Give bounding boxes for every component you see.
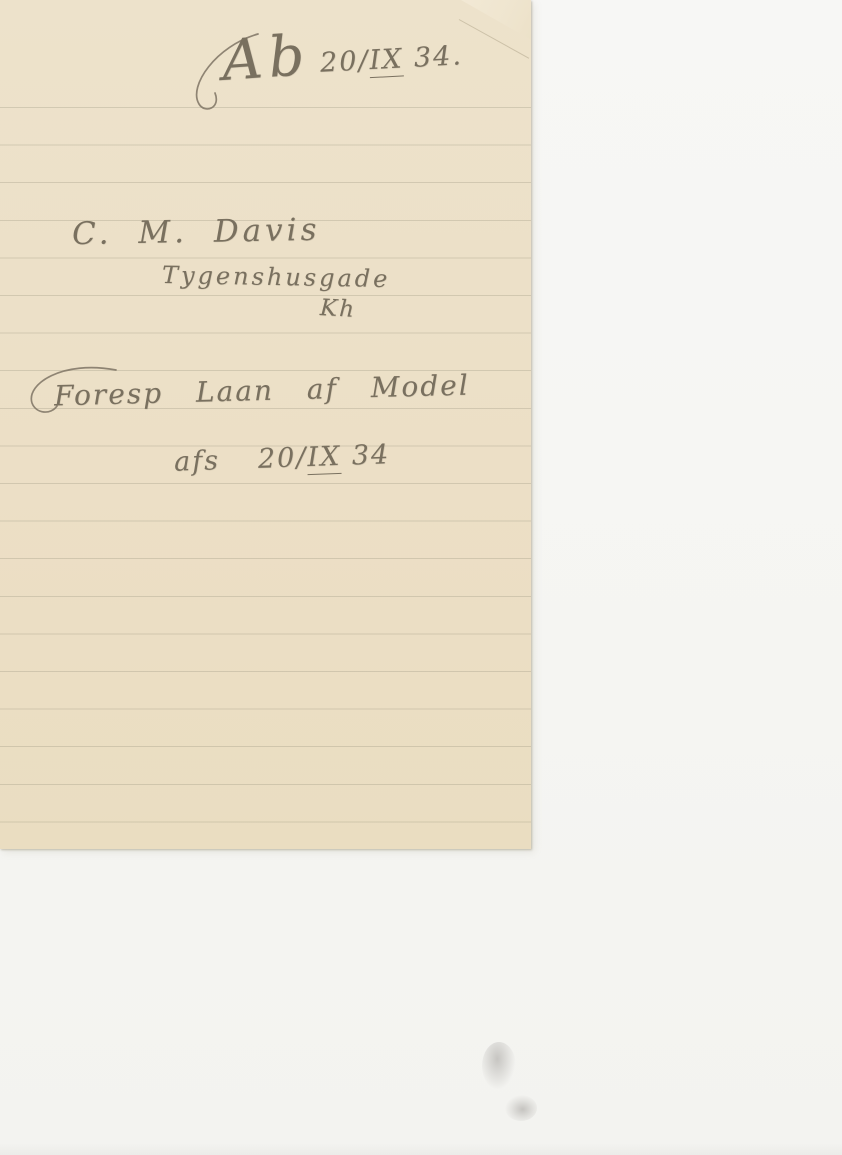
ink-smudge [505, 1095, 537, 1121]
dispatch-date-day: 20/ [257, 442, 308, 475]
top-date: 20/IX 34. [319, 40, 463, 78]
top-date-day: 20/ [319, 45, 370, 79]
dispatch-prefix: afs [174, 445, 221, 478]
dispatch-date-month: IX [307, 441, 342, 475]
corner-fold [461, 0, 531, 40]
top-date-year: 34. [413, 40, 464, 74]
letter-paper: Ab 20/IX 34. C. M. Davis Tygenshusgade K… [0, 0, 531, 849]
dispatch-date-year: 34 [351, 439, 390, 471]
monogram-text: Ab [220, 23, 313, 94]
scanner-bottom-edge [0, 1143, 842, 1155]
recipient-name: C. M. Davis [72, 212, 321, 252]
recipient-city: Kh [319, 295, 356, 323]
ink-smudge [482, 1042, 516, 1090]
recipient-street: Tygenshusgade [162, 261, 391, 293]
top-date-month: IX [369, 43, 405, 78]
scanned-document: Ab 20/IX 34. C. M. Davis Tygenshusgade K… [0, 0, 842, 1155]
